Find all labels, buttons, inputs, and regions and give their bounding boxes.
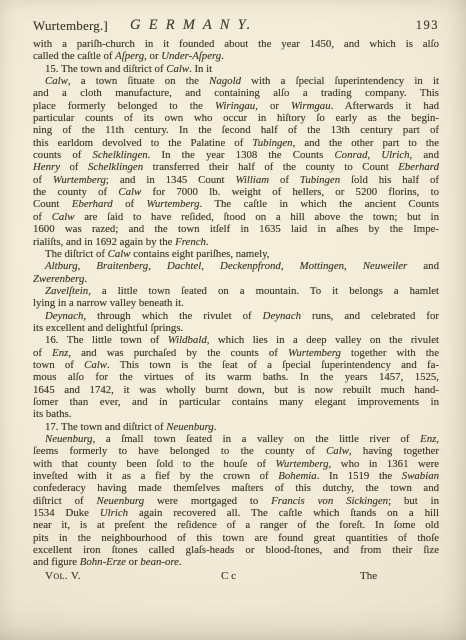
text-line: rialiſts, and in 1692 again by the Frenc… — [33, 236, 439, 248]
paragraph: Calw, a town ſituate on the Nagold with … — [33, 75, 439, 248]
text-line: ſeems formerly to have belonged to the c… — [33, 445, 439, 457]
paragraph: 16. The little town of Wildbald, which l… — [33, 334, 439, 420]
text-line: with that county been ſold to the houſe … — [33, 458, 439, 470]
text-line: 1534 Duke Ulrich again recovered all. Th… — [33, 507, 439, 519]
text-line: counts of Schelklingen. In the year 1308… — [33, 149, 439, 161]
text-line: 1645 and 1742, it was wholly burnt down,… — [33, 384, 439, 396]
volume-label: Vol. V. — [45, 570, 81, 582]
text-line: lying in a narrow valley beneath it. — [33, 297, 439, 309]
text-line: mous alſo for the virtues of its warm ba… — [33, 371, 439, 383]
book-page: Wurtemberg.] G E R M A N Y. 193 with a p… — [0, 0, 466, 640]
text-line: excellent iron ſtones called glaſs-heads… — [33, 544, 439, 556]
text-line: the county of Calw for 7000 lb. weight o… — [33, 186, 439, 198]
text-line: confederacy having made themſelves maſte… — [33, 482, 439, 494]
text-line: and a cloth manufacture, and containing … — [33, 87, 439, 99]
page-header: Wurtemberg.] G E R M A N Y. 193 — [33, 17, 439, 35]
paragraph: Altburg, Braitenberg, Dachtel, Deckenpfr… — [33, 260, 439, 285]
text-line: town of Calw. This town is the ſeat of a… — [33, 359, 439, 371]
text-line: ſomer than ever, and in particular conta… — [33, 396, 439, 408]
text-line: of Enz, and was purchaſed by the counts … — [33, 347, 439, 359]
text-line: of Calw are ſaid to have reſided, ſtood … — [33, 211, 439, 223]
page-footer: Vol. V. C c The — [33, 570, 439, 584]
text-line: Calw, a town ſituate on the Nagold with … — [33, 75, 439, 87]
text-line: Altburg, Braitenberg, Dachtel, Deckenpfr… — [33, 260, 439, 272]
text-line: of Wurtemberg; and in 1345 Count William… — [33, 174, 439, 186]
text-line: inveſted with it as a fief by the crown … — [33, 470, 439, 482]
text-line: Deynach, through which the rivulet of De… — [33, 310, 439, 322]
text-line: The diſtrict of Calw contains eight pari… — [33, 248, 439, 260]
text-line: Henry of Schelklingen transferred their … — [33, 161, 439, 173]
text-line: particular counts of its own who occur i… — [33, 112, 439, 124]
text-line: 16. The little town of Wildbald, which l… — [33, 334, 439, 346]
text-line: this earldom devolved to the Palatine of… — [33, 137, 439, 149]
paragraph: 17. The town and diſtrict of Neuenburg. — [33, 421, 439, 433]
text-line: 17. The town and diſtrict of Neuenburg. — [33, 421, 439, 433]
text-line: its excellent and delightful ſprings. — [33, 322, 439, 334]
paragraph: with a pariſh-church in it founded about… — [33, 38, 439, 63]
text-line: 1600 was razed; and the town itſelf in 1… — [33, 223, 439, 235]
text-line: place formerly belonged to the Wiringau,… — [33, 100, 439, 112]
paragraph: Deynach, through which the rivulet of De… — [33, 310, 439, 335]
text-line: with a pariſh-church in it founded about… — [33, 38, 439, 50]
text-line: ning of the 11th century. In the ſecond … — [33, 124, 439, 136]
body-text: with a pariſh-church in it founded about… — [33, 38, 439, 569]
text-line: called the caſtle of Aſperg, or Under-Aſ… — [33, 50, 439, 62]
paragraph: The diſtrict of Calw contains eight pari… — [33, 248, 439, 260]
signature-mark: C c — [221, 570, 236, 582]
catchword: The — [360, 570, 377, 582]
text-line: and figure Bohn-Erze or bean-ore. — [33, 556, 439, 568]
text-line: Neuenburg, a ſmall town ſeated in a vall… — [33, 433, 439, 445]
paragraph: Zavelſtein, a little town ſeated on a mo… — [33, 285, 439, 310]
text-line: Zavelſtein, a little town ſeated on a mo… — [33, 285, 439, 297]
paragraph: 15. The town and diſtrict of Calw. In it — [33, 63, 439, 75]
running-head-section: Wurtemberg.] — [33, 18, 108, 34]
text-line: Count Eberhard of Wurtemberg. The caſtle… — [33, 198, 439, 210]
text-line: 15. The town and diſtrict of Calw. In it — [33, 63, 439, 75]
text-line: its baths. — [33, 408, 439, 420]
text-line: Zwerenberg. — [33, 273, 439, 285]
text-line: pits in the neighbourhood of this town a… — [33, 532, 439, 544]
paragraph: Neuenburg, a ſmall town ſeated in a vall… — [33, 433, 439, 569]
page-number: 193 — [416, 18, 439, 33]
text-line: near it, is at preſent the reſidence of … — [33, 519, 439, 531]
running-head-title: G E R M A N Y. — [130, 17, 253, 34]
text-line: diſtrict of Neuenburg were mortgaged to … — [33, 495, 439, 507]
